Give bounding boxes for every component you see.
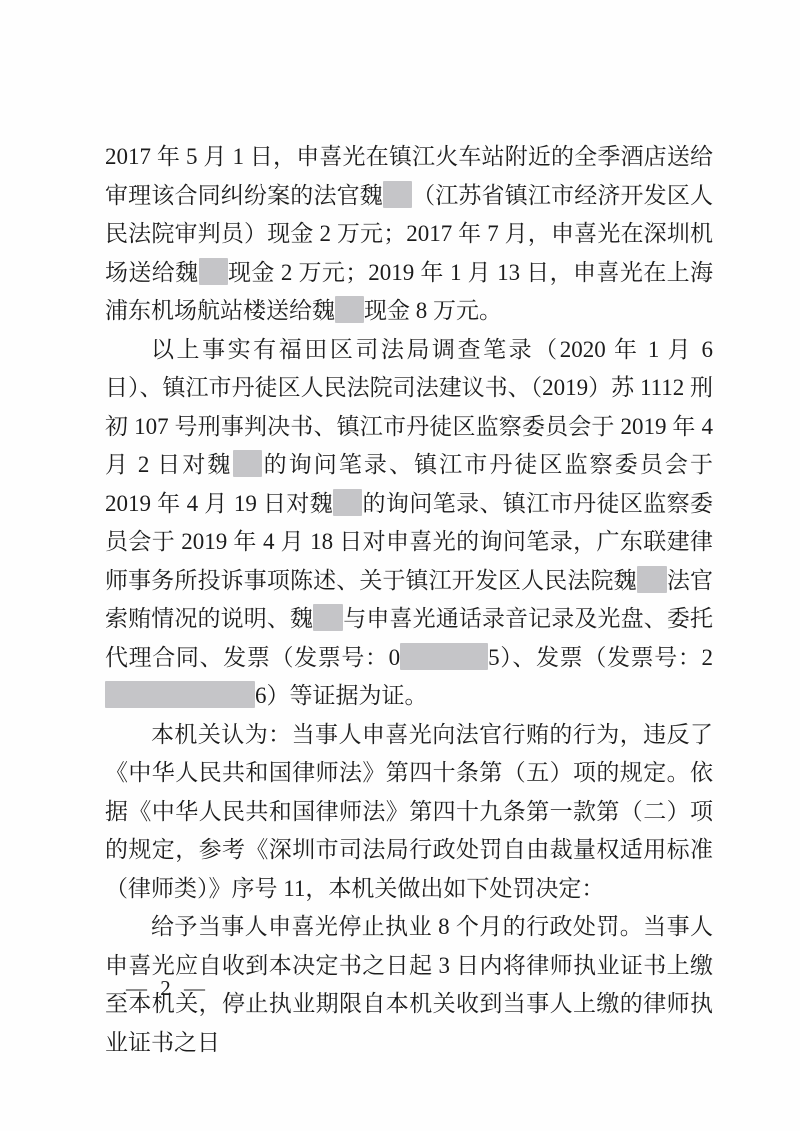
redaction-block bbox=[233, 450, 262, 477]
document-body: 2017 年 5 月 1 日，申喜光在镇江火车站附近的全季酒店送给审理该合同纠纷… bbox=[105, 138, 713, 1062]
redaction-block bbox=[333, 489, 362, 516]
redaction-block bbox=[313, 604, 343, 631]
redaction-block bbox=[335, 296, 364, 323]
redaction-block bbox=[383, 181, 412, 208]
paragraph: 以上事实有福田区司法局调查笔录（2020 年 1 月 6 日）、镇江市丹徒区人民… bbox=[105, 331, 713, 716]
paragraph: 2017 年 5 月 1 日，申喜光在镇江火车站附近的全季酒店送给审理该合同纠纷… bbox=[105, 138, 713, 331]
document-page: 2017 年 5 月 1 日，申喜光在镇江火车站附近的全季酒店送给审理该合同纠纷… bbox=[0, 0, 800, 1131]
paragraph: 本机关认为：当事人申喜光向法官行贿的行为，违反了《中华人民共和国律师法》第四十条… bbox=[105, 716, 713, 909]
redaction-block bbox=[400, 643, 488, 670]
text-run: 本机关认为：当事人申喜光向法官行贿的行为，违反了《中华人民共和国律师法》第四十条… bbox=[105, 722, 713, 901]
text-run: 6）等证据为证。 bbox=[255, 683, 428, 708]
text-run: 5）、发票（发票号：2 bbox=[488, 645, 713, 670]
page-number: — 2 — bbox=[126, 976, 209, 1001]
redaction-block bbox=[637, 566, 667, 593]
text-run: 现金 8 万元。 bbox=[364, 298, 502, 323]
redaction-block bbox=[105, 681, 255, 708]
redaction-block bbox=[199, 258, 228, 285]
